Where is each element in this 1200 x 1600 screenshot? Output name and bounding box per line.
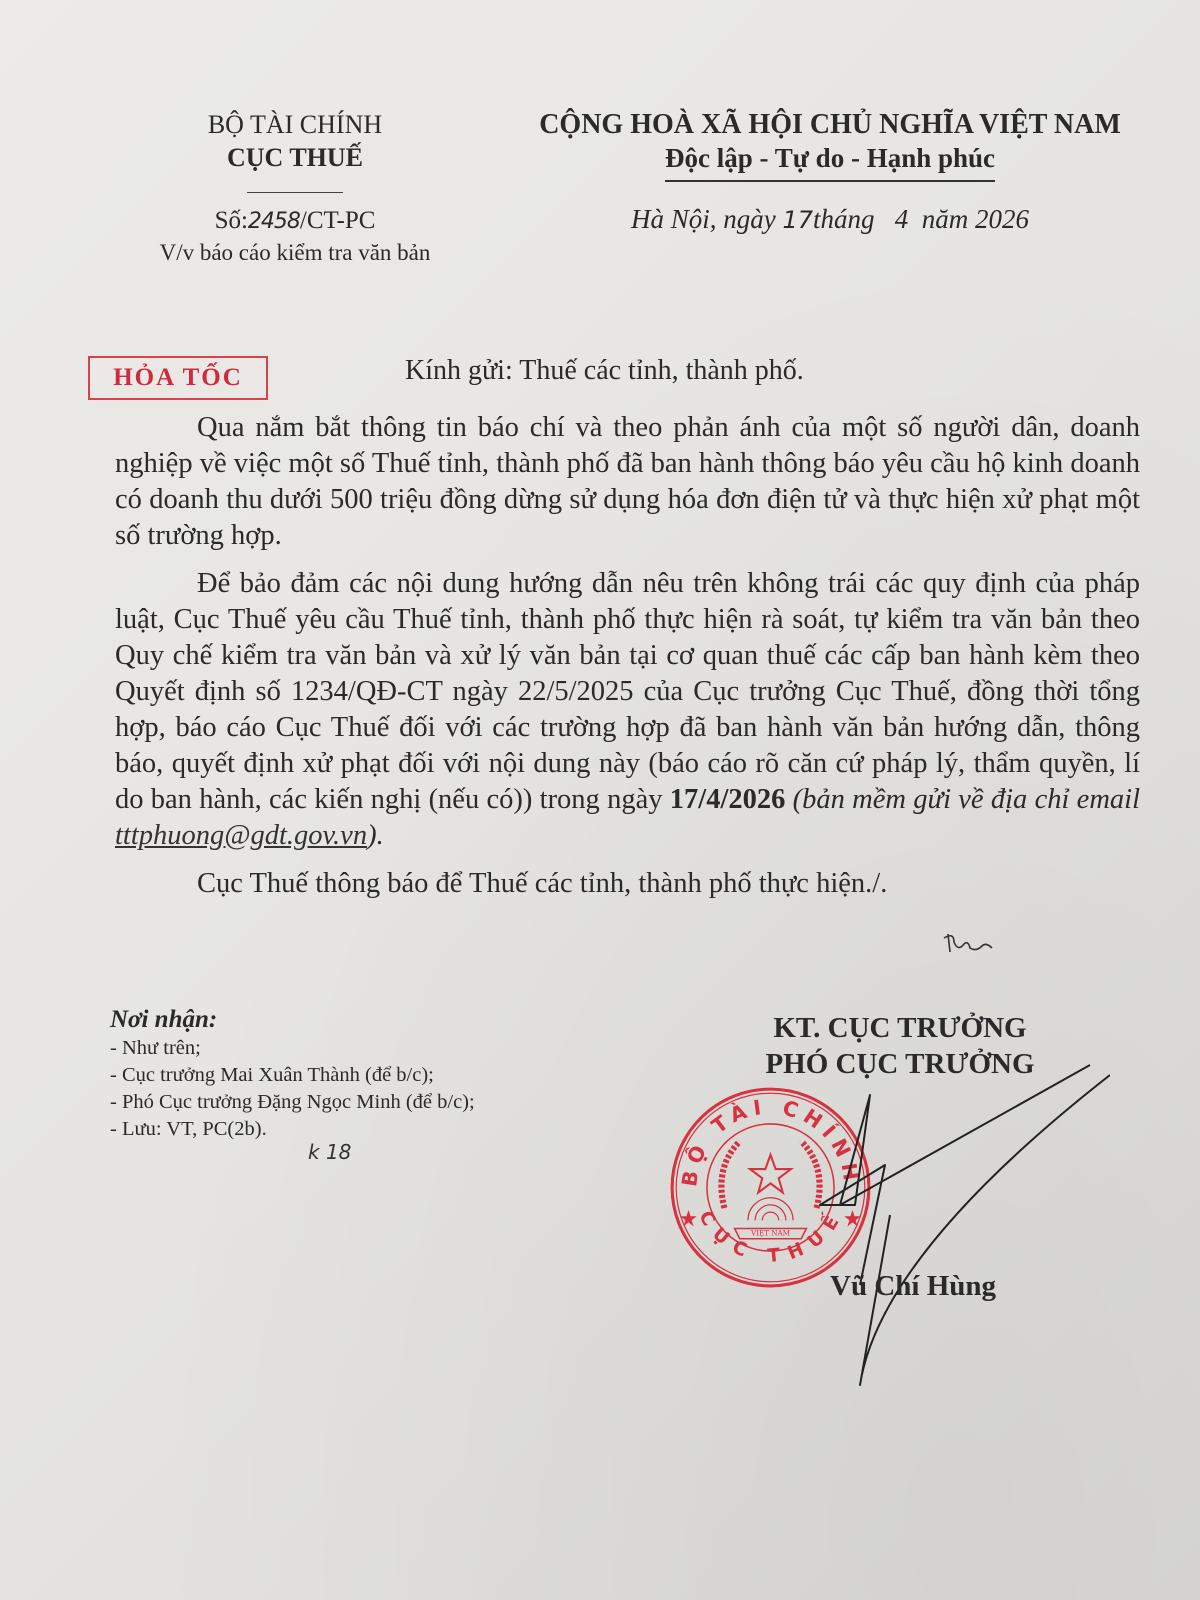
recipient-item: - Như trên; bbox=[110, 1035, 610, 1062]
paragraph-1: Qua nắm bắt thông tin báo chí và theo ph… bbox=[115, 410, 1140, 554]
handwritten-initial-mark bbox=[940, 930, 1000, 960]
doc-number-prefix: Số: bbox=[215, 207, 248, 234]
handwritten-initials: k 18 bbox=[308, 1140, 351, 1164]
recipient-item: - Cục trưởng Mai Xuân Thành (để b/c); bbox=[110, 1062, 610, 1089]
doc-number-handwritten: 2458 bbox=[248, 209, 300, 234]
document-subject: V/v báo cáo kiểm tra văn bản bbox=[130, 238, 460, 268]
recipient-item: - Lưu: VT, PC(2b). bbox=[110, 1116, 610, 1143]
handwritten-signature bbox=[800, 1055, 1110, 1395]
urgent-stamp: HỎA TỐC bbox=[88, 356, 268, 400]
national-motto: Độc lập - Tự do - Hạnh phúc bbox=[665, 142, 995, 182]
svg-text:VIỆT NAM: VIỆT NAM bbox=[750, 1229, 790, 1238]
recipients-title: Nơi nhận: bbox=[110, 1005, 610, 1035]
closing-paragraph: Cục Thuế thông báo để Thuế các tỉnh, thà… bbox=[115, 866, 1140, 902]
place-prefix: Hà Nội, ngày bbox=[631, 204, 783, 234]
nation-name: CỘNG HOÀ XÃ HỘI CHỦ NGHĨA VIỆT NAM bbox=[510, 108, 1150, 142]
recipients-list: Nơi nhận: - Như trên; - Cục trưởng Mai X… bbox=[110, 1005, 610, 1143]
document-body: Qua nắm bắt thông tin báo chí và theo ph… bbox=[115, 410, 1140, 914]
date-rest: tháng 4 năm 2026 bbox=[813, 204, 1029, 234]
addressee-line: Kính gửi: Thuế các tỉnh, thành phố. bbox=[405, 355, 804, 387]
recipient-item: - Phó Cục trưởng Đặng Ngọc Minh (để b/c)… bbox=[110, 1089, 610, 1116]
email-note-close: ). bbox=[367, 820, 384, 851]
national-header: CỘNG HOÀ XÃ HỘI CHỦ NGHĨA VIỆT NAM Độc l… bbox=[510, 108, 1150, 235]
deadline-date: 17/4/2026 bbox=[670, 784, 786, 815]
paragraph-2: Để bảo đảm các nội dung hướng dẫn nêu tr… bbox=[115, 566, 1140, 854]
signer-name: Vũ Chí Hùng bbox=[830, 1270, 996, 1303]
place-date: Hà Nội, ngày 17tháng 4 năm 2026 bbox=[510, 204, 1150, 235]
header-divider bbox=[247, 192, 343, 193]
doc-number-suffix: /CT-PC bbox=[300, 207, 376, 234]
email-link[interactable]: tttphuong@gdt.gov.vn bbox=[115, 820, 367, 851]
signature-title-line-1: KT. CỤC TRƯỞNG bbox=[740, 1010, 1060, 1046]
issuer-header: BỘ TÀI CHÍNH CỤC THUẾ Số:2458/CT-PC V/v … bbox=[130, 108, 460, 268]
ministry-name: BỘ TÀI CHÍNH bbox=[130, 108, 460, 142]
email-note: (bản mềm gửi về địa chỉ email bbox=[785, 784, 1140, 815]
department-name: CỤC THUẾ bbox=[130, 142, 460, 174]
paragraph-2-text: Để bảo đảm các nội dung hướng dẫn nêu tr… bbox=[115, 568, 1140, 815]
day-handwritten: 17 bbox=[782, 206, 813, 234]
document-number: Số:2458/CT-PC bbox=[130, 205, 460, 238]
